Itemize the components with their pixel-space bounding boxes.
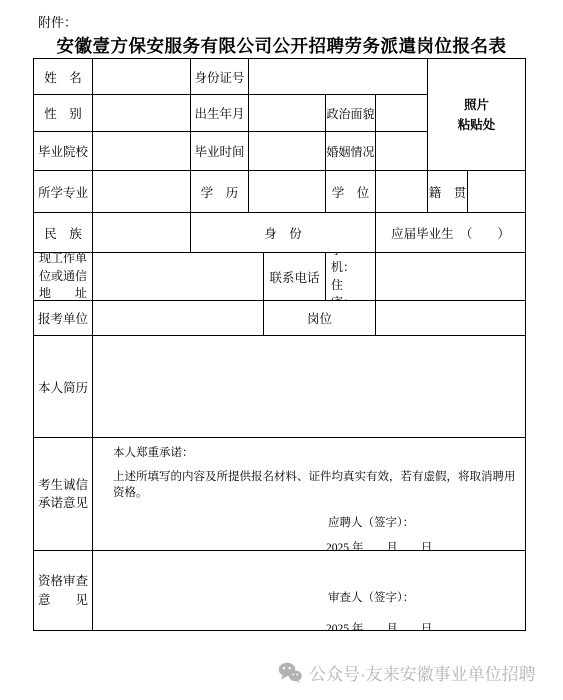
- footer-text: 公众号·友来安徽事业单位招聘: [309, 660, 536, 685]
- label-id-number: 身份证号: [191, 59, 249, 95]
- commitment-heading: 本人郑重承诺：: [113, 444, 521, 460]
- label-ethnicity: 民 族: [34, 213, 93, 253]
- commitment-signer-line: 应聘人（签字）：: [328, 514, 521, 530]
- input-school: [93, 132, 191, 171]
- input-major: [93, 171, 191, 213]
- input-resume: [93, 336, 526, 438]
- photo-paste-area: 照片 粘贴处: [428, 59, 526, 171]
- label-birth-date: 出生年月: [191, 95, 249, 132]
- label-political-status: 政治面貌: [326, 95, 376, 132]
- input-native-place: [468, 171, 526, 213]
- input-position: [376, 301, 526, 336]
- label-review: 资格审查 意 见: [34, 551, 93, 631]
- input-political-status: [376, 95, 428, 132]
- input-id-number: [249, 59, 428, 95]
- commitment-date-line: 2025 年 月 日: [326, 539, 521, 551]
- label-school: 毕业院校: [34, 132, 93, 171]
- input-graduation-time: [249, 132, 326, 171]
- input-apply-unit: [93, 301, 264, 336]
- input-ethnicity: [93, 213, 191, 253]
- input-marital-status: [376, 132, 428, 171]
- review-content: 审查人（签字）： 2025 年 月 日: [93, 551, 526, 631]
- label-commitment: 考生诚信 承诺意见: [34, 438, 93, 551]
- input-education: [249, 171, 326, 213]
- input-degree: [376, 171, 428, 213]
- label-position: 岗位: [264, 301, 376, 336]
- attachment-label: 附件：: [38, 12, 77, 31]
- input-name: [93, 59, 191, 95]
- label-degree: 学 位: [326, 171, 376, 213]
- commitment-content: 本人郑重承诺： 上述所填写的内容及所提供报名材料、证件均真实有效，若有虚假，将取…: [93, 438, 526, 551]
- label-graduation-time: 毕业时间: [191, 132, 249, 171]
- label-apply-unit: 报考单位: [34, 301, 93, 336]
- wechat-icon: [278, 662, 302, 683]
- label-education: 学 历: [191, 171, 249, 213]
- label-gender: 性 别: [34, 95, 93, 132]
- input-birth-date: [249, 95, 326, 132]
- commitment-body: 上述所填写的内容及所提供报名材料、证件均真实有效，若有虚假，将取消聘用资格。: [113, 468, 521, 500]
- input-work-unit-address: [93, 253, 264, 301]
- page-title: 安徽壹方保安服务有限公司公开招聘劳务派遣岗位报名表: [0, 33, 563, 58]
- label-fresh-graduate: 应届毕业生 （ ）: [376, 213, 526, 253]
- review-signer-line: 审查人（签字）：: [328, 589, 521, 605]
- input-contact-numbers: [376, 253, 526, 301]
- label-resume: 本人简历: [34, 336, 93, 438]
- label-name: 姓 名: [34, 59, 93, 95]
- label-mobile-home: 手 机： 住 宅：: [326, 253, 376, 301]
- form-table: 姓 名 身份证号 照片 粘贴处 性 别 出生年月 政治面貌 毕业院校 毕业时间 …: [33, 58, 526, 631]
- review-date-line: 2025 年 月 日: [326, 620, 521, 631]
- footer-watermark: 公众号·友来安徽事业单位招聘: [278, 660, 536, 685]
- label-identity: 身 份: [191, 213, 376, 253]
- label-major: 所学专业: [34, 171, 93, 213]
- label-native-place: 籍 贯: [428, 171, 468, 213]
- label-work-unit-address: 现工作单 位或通信 地 址: [34, 253, 93, 301]
- input-gender: [93, 95, 191, 132]
- application-form-document: 附件： 安徽壹方保安服务有限公司公开招聘劳务派遣岗位报名表 姓 名 身份证号 照…: [0, 0, 563, 700]
- label-marital-status: 婚姻情况: [326, 132, 376, 171]
- label-contact-phone: 联系电话: [264, 253, 326, 301]
